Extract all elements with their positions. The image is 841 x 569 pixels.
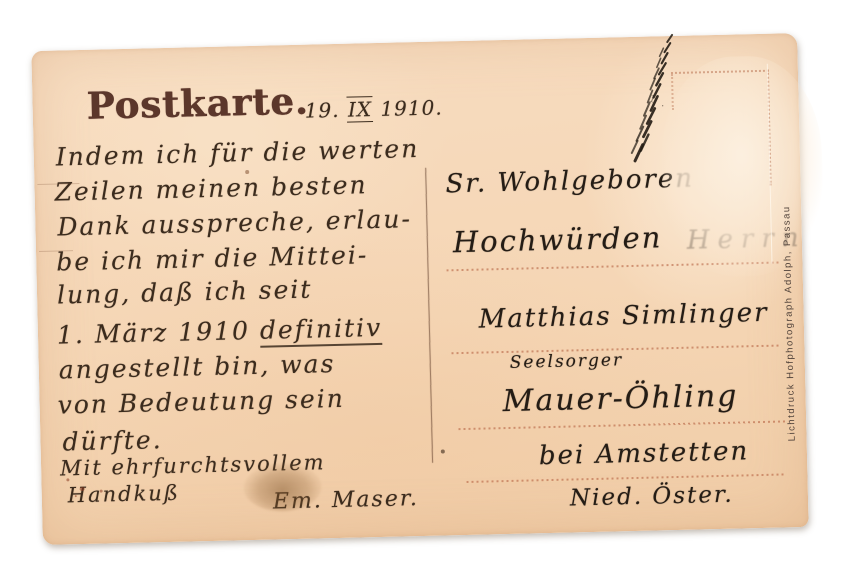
date-year: 1910. (380, 95, 443, 120)
message-line-8: von Bedeutung sein (57, 384, 345, 420)
message-line-6-prefix: 1. März 1910 (57, 316, 261, 350)
message-line-11: Handkuß (67, 481, 180, 508)
ink-speck (75, 495, 77, 497)
message-line-1: Indem ich für die werten (55, 134, 419, 172)
address-name: Matthias Simlinger (478, 298, 768, 335)
address-line1-text: Sr. Wohlgebore (445, 164, 675, 199)
message-line-3: Dank ausspreche, erlau- (57, 204, 412, 241)
message-line-2: Zeilen meinen besten (54, 170, 368, 206)
message-line-6: 1. März 1910 definitiv (57, 313, 383, 350)
ink-speck (441, 449, 445, 453)
message-line-7: angestellt bin, was (58, 349, 335, 385)
scanned-postcard-photo: Postkarte. 19. IX 1910. Indem ich für di… (0, 0, 841, 569)
message-line-4: be ich mir die Mittei- (56, 240, 369, 276)
address-place: Mauer-Öhling (502, 379, 739, 420)
message-line-9: dürfte. (62, 425, 163, 456)
address-recipient-title: Hochwürden (453, 220, 663, 259)
address-district: bei Amstetten (539, 436, 750, 471)
ink-speck (100, 490, 103, 493)
address-rule-4 (467, 473, 787, 483)
date: 19. IX 1910. (304, 95, 442, 122)
address-recipient-honorific: Sr. Wohlgeboren (445, 164, 694, 200)
divider-line (425, 168, 433, 463)
address-rule-3 (458, 420, 788, 430)
postcard-title: Postkarte. (86, 79, 309, 128)
address-region: Nied. Öster. (570, 482, 734, 512)
postmark-hatching-icon (592, 33, 695, 170)
message-line-6-underlined-word: definitiv (260, 313, 383, 348)
ink-speck (245, 170, 249, 174)
ink-speck (66, 478, 69, 481)
message-line-5: lung, daß ich seit (57, 275, 313, 310)
postcard: Postkarte. 19. IX 1910. Indem ich für di… (31, 33, 808, 545)
date-day: 19. (304, 98, 339, 123)
date-month-roman: IX (347, 96, 374, 123)
address-occupation: Seelsorger (510, 350, 624, 373)
